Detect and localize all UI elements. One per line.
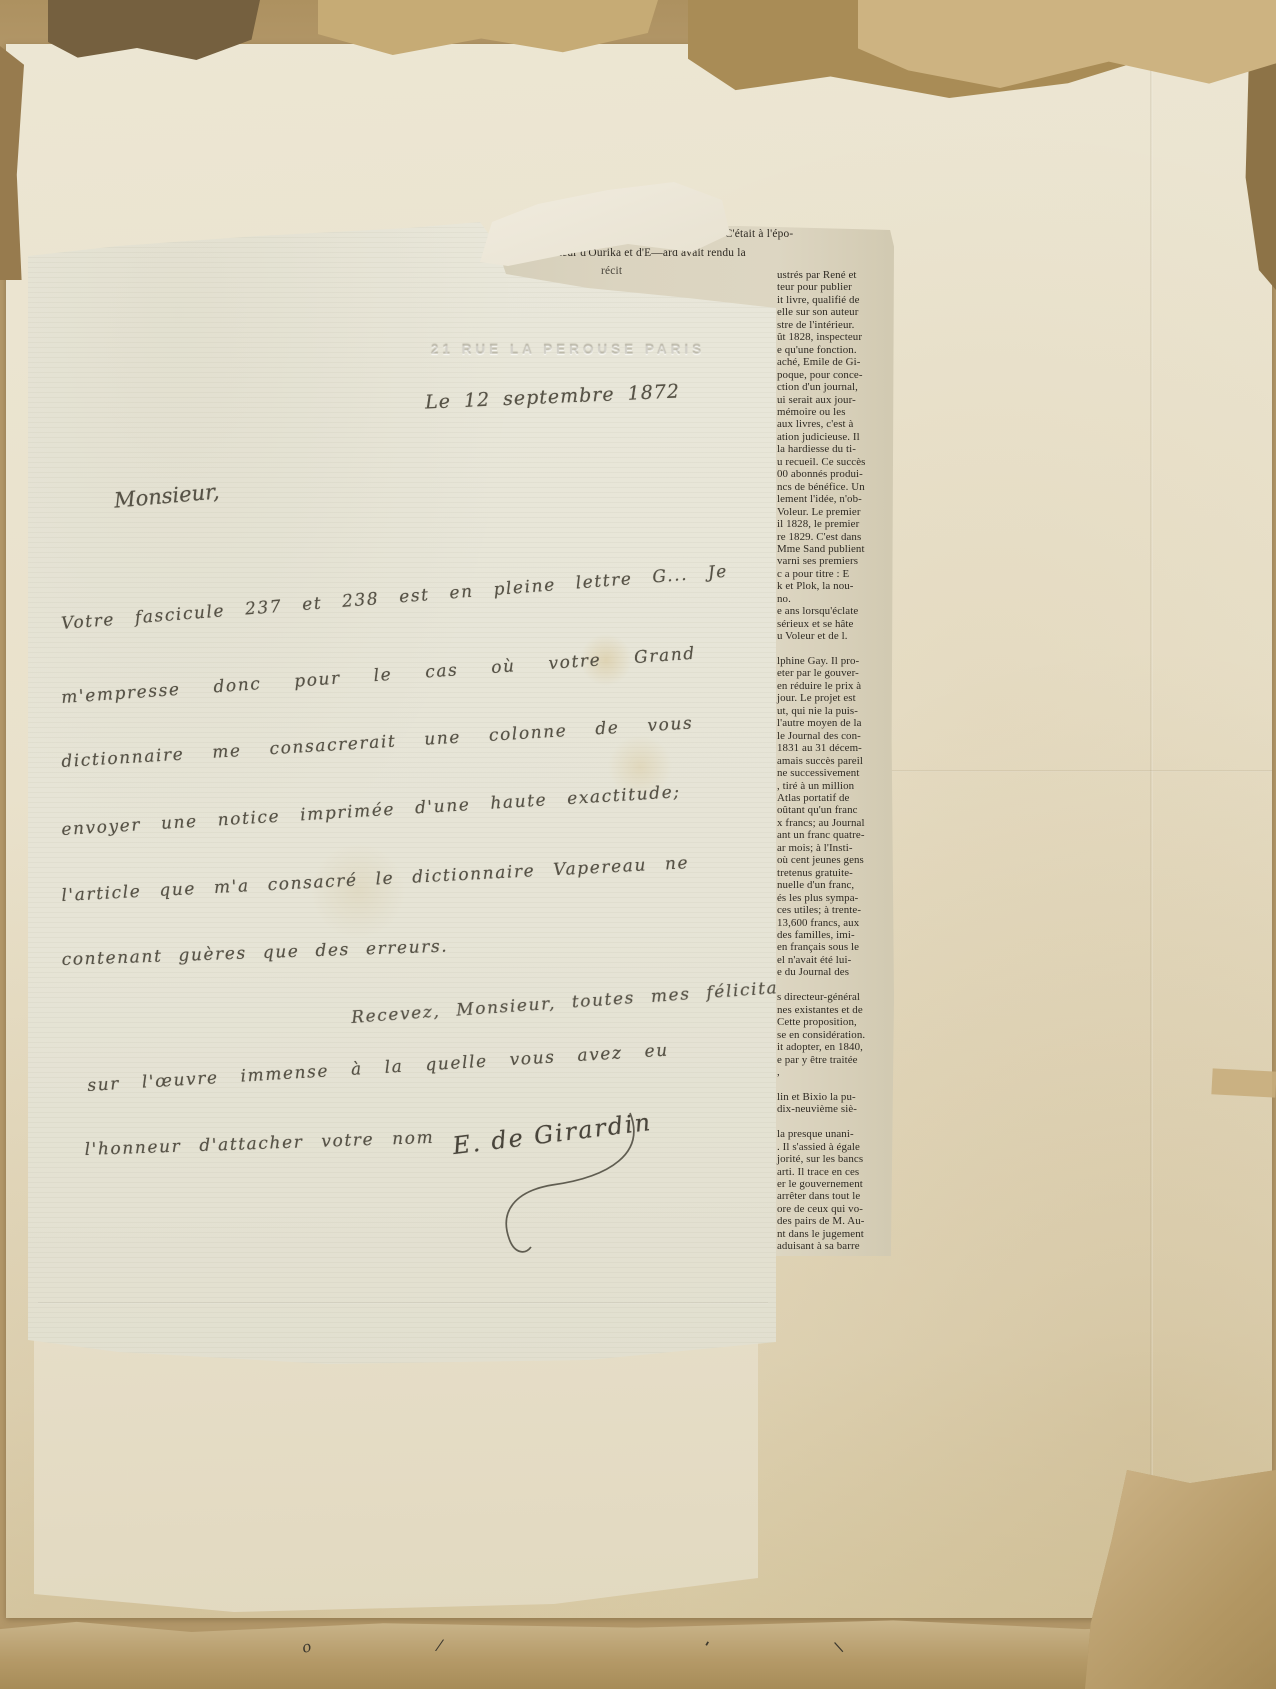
clipping-text-line: u recueil. Ce succès (777, 456, 894, 468)
clipping-text-line (777, 1078, 894, 1090)
clipping-text-line: jorité, sur les bancs (777, 1153, 894, 1165)
clipping-text-line: , (777, 1066, 894, 1078)
clipping-text-line: ncs de bénéfice. Un (777, 481, 894, 493)
handwriting-line: envoyer une notice imprimée d'une haute … (61, 782, 681, 840)
letter-fold-crease (38, 1302, 768, 1304)
clipping-text-line: ore de ceux qui vo- (777, 1203, 894, 1215)
clipping-text-line: ût 1828, inspecteur (777, 331, 894, 343)
clipping-text-line: en réduire le prix à (777, 680, 894, 692)
clipping-text-line: la hardiesse du ti- (777, 443, 894, 455)
clipping-text-line: e ans lorsqu'éclate (777, 605, 894, 617)
handwriting-line: sur l'œuvre immense à la quelle vous ave… (87, 1040, 670, 1096)
scanned-archive-page: { "colors": { "backing_kraft": "#b3986a"… (0, 0, 1276, 1689)
clipping-text-line: jour. Le projet est (777, 692, 894, 704)
clipping-text-line: Mme Sand publient (777, 543, 894, 555)
letter-date: Le 12 septembre 1872 (425, 380, 681, 413)
clipping-text-line: ne successivement (777, 767, 894, 779)
horizontal-fold-crease (848, 770, 1272, 772)
clipping-text-line: u Voleur et de l. (777, 630, 894, 642)
handwriting-line: Votre fascicule 237 et 238 est en pleine… (60, 562, 728, 634)
clipping-text-line (777, 1116, 894, 1128)
clipping-text-line: amais succès pareil (777, 755, 894, 767)
clipping-text-line: tretenus gratuite- (777, 867, 894, 879)
clipping-text-line: el n'avait été lui- (777, 954, 894, 966)
clipping-text-line: , tiré à un million (777, 780, 894, 792)
clipping-text-line: il 1828, le premier (777, 518, 894, 530)
clipping-text-line: oûtant qu'un franc (777, 804, 894, 816)
clipping-text-line: mémoire ou les (777, 406, 894, 418)
clipping-text-line: ces utiles; à trente- (777, 904, 894, 916)
clipping-text-line: arrêter dans tout le (777, 1190, 894, 1202)
clipping-text-line: e par y être traitée (777, 1054, 894, 1066)
clipping-text-line: er le gouvernement (777, 1178, 894, 1190)
embossed-letterhead: 21 RUE LA PEROUSE PARIS (418, 342, 718, 357)
clipping-text-line: Cette proposition, (777, 1016, 894, 1028)
clipping-text-line: nuelle d'un franc, (777, 879, 894, 891)
clipping-text-line: lphine Gay. Il pro- (777, 655, 894, 667)
clipping-text-line: Voleur. Le premier (777, 506, 894, 518)
clipping-text-line: se en considération. (777, 1029, 894, 1041)
clipping-text-line: 1831 au 31 décem- (777, 742, 894, 754)
clipping-text-line: arti. Il trace en ces (777, 1166, 894, 1178)
clipping-text-line: elle sur son auteur (777, 306, 894, 318)
handwritten-letter: 21 RUE LA PEROUSE PARIS Le 12 septembre … (28, 222, 776, 1364)
clipping-text-line: où cent jeunes gens (777, 854, 894, 866)
clipping-text-line: ut, qui nie la puis- (777, 705, 894, 717)
backing-paper-bottom-band (0, 1616, 1276, 1689)
clipping-text-line: és les plus sympa- (777, 892, 894, 904)
clipping-text-line: 13,600 francs, aux (777, 917, 894, 929)
clipping-text-line: ar mois; à l'Insti- (777, 842, 894, 854)
clipping-text-line: . Il s'assied à égale (777, 1141, 894, 1153)
clipping-text-line: aux livres, c'est à (777, 418, 894, 430)
clipping-text-line: e du Journal des (777, 966, 894, 978)
clipping-text-line: aduisant à sa barre (777, 1240, 894, 1252)
clipping-text-line: ction d'un journal, (777, 381, 894, 393)
clipping-top-line-3: récit (601, 265, 622, 277)
clipping-text-line: teur pour publier (777, 281, 894, 293)
clipping-text-line: re 1829. C'est dans (777, 531, 894, 543)
clipping-text-line: x francs; au Journal (777, 817, 894, 829)
tape-fragment (1211, 1068, 1276, 1097)
letter-salutation: Monsieur, (113, 479, 220, 512)
clipping-text-line (777, 979, 894, 991)
handwriting-line: l'article que m'a consacré le dictionnai… (61, 853, 690, 906)
clipping-text-line: ation judicieuse. Il (777, 431, 894, 443)
clipping-text-line: dix-neuvième siè- (777, 1103, 894, 1115)
clipping-text-line: s directeur-général (777, 991, 894, 1003)
clipping-text-line: Atlas portatif de (777, 792, 894, 804)
clipping-text-line: le Journal des con- (777, 730, 894, 742)
handwriting-line: contenant guères que des erreurs. (61, 937, 448, 970)
clipping-text-line: l'autre moyen de la (777, 717, 894, 729)
clipping-text-line: ant un franc quatre- (777, 829, 894, 841)
vertical-fold-crease (1150, 70, 1153, 1610)
clipping-text-line: ui serait aux jour- (777, 394, 894, 406)
clipping-text-line: e qu'une fonction. (777, 344, 894, 356)
clipping-text-line: sérieux et se hâte (777, 618, 894, 630)
clipping-text-line: nes existantes et de (777, 1004, 894, 1016)
clipping-text-line: lin et Bixio la pu- (777, 1091, 894, 1103)
signature-flourish (420, 1095, 660, 1265)
handwriting-line: l'honneur d'attacher votre nom (84, 1128, 434, 1160)
clipping-text-column: ustrés par René etteur pour publierit li… (777, 269, 894, 1253)
clipping-text-line: stre de l'intérieur. (777, 319, 894, 331)
clipping-text-line: ustrés par René et (777, 269, 894, 281)
clipping-text-line: no. (777, 593, 894, 605)
clipping-text-line: lement l'idée, n'ob- (777, 493, 894, 505)
clipping-text-line: eter par le gouver- (777, 667, 894, 679)
clipping-text-line: aché, Emile de Gi- (777, 356, 894, 368)
clipping-text-line: 00 abonnés produi- (777, 468, 894, 480)
clipping-text-line: des pairs de M. Au- (777, 1215, 894, 1227)
clipping-text-line: c a pour titre : E (777, 568, 894, 580)
handwriting-line: m'empresse donc pour le cas où votre Gra… (61, 644, 697, 708)
clipping-text-line: k et Plok, la nou- (777, 580, 894, 592)
clipping-text-line (777, 643, 894, 655)
clipping-text-line: varni ses premiers (777, 555, 894, 567)
clipping-text-line: nt dans le jugement (777, 1228, 894, 1240)
clipping-text-line: it adopter, en 1840, (777, 1041, 894, 1053)
clipping-text-line: poque, pour conce- (777, 369, 894, 381)
clipping-text-line: la presque unani- (777, 1128, 894, 1140)
clipping-text-line: en français sous le (777, 941, 894, 953)
clipping-text-line: des familles, imi- (777, 929, 894, 941)
handwriting-line: dictionnaire me consacrerait une colonne… (61, 713, 694, 772)
clipping-text-line: it livre, qualifié de (777, 294, 894, 306)
